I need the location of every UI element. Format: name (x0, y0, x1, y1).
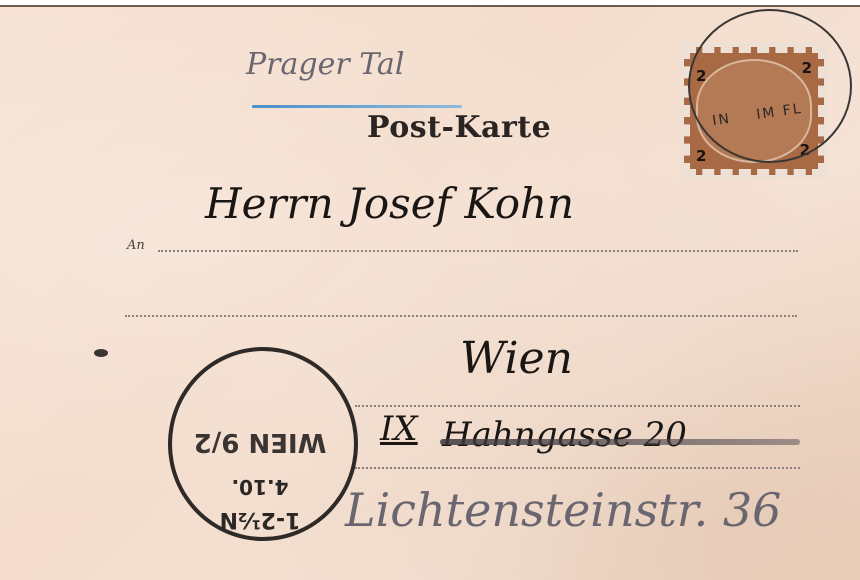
recipient-street-struck: Hahngasse 20 (442, 415, 687, 455)
stamp-value-bl: 2 (696, 147, 706, 165)
blue-underline (252, 105, 462, 108)
postmark-bottom-line3: WIEN 9/2 (180, 427, 340, 457)
postmark-top (688, 9, 852, 163)
postcard: Prager Tal Post-Karte KAISERLICHE KÖNIGL… (0, 5, 860, 580)
postmark-bottom-line1: 1-2½N (180, 507, 340, 532)
recipient-district: IX (380, 409, 418, 449)
recipient-street-new: Lichtensteinstr. 36 (345, 483, 781, 537)
recipient-city: Wien (460, 333, 573, 384)
address-line-1 (158, 250, 798, 252)
postmark-bottom-text: 1-2½N 4.10. WIEN 9/2 (180, 427, 340, 532)
postmark-bottom-line2: 4.10. (180, 475, 340, 499)
address-line-3 (355, 405, 800, 407)
recipient-name: Herrn Josef Kohn (205, 179, 574, 228)
ink-blot (94, 349, 108, 357)
address-line-4 (355, 467, 800, 469)
strikethrough (440, 439, 800, 445)
header-note: Prager Tal (246, 47, 404, 82)
card-title: Post-Karte (367, 110, 551, 145)
address-line-2 (125, 315, 797, 317)
address-prefix: An (127, 238, 145, 253)
